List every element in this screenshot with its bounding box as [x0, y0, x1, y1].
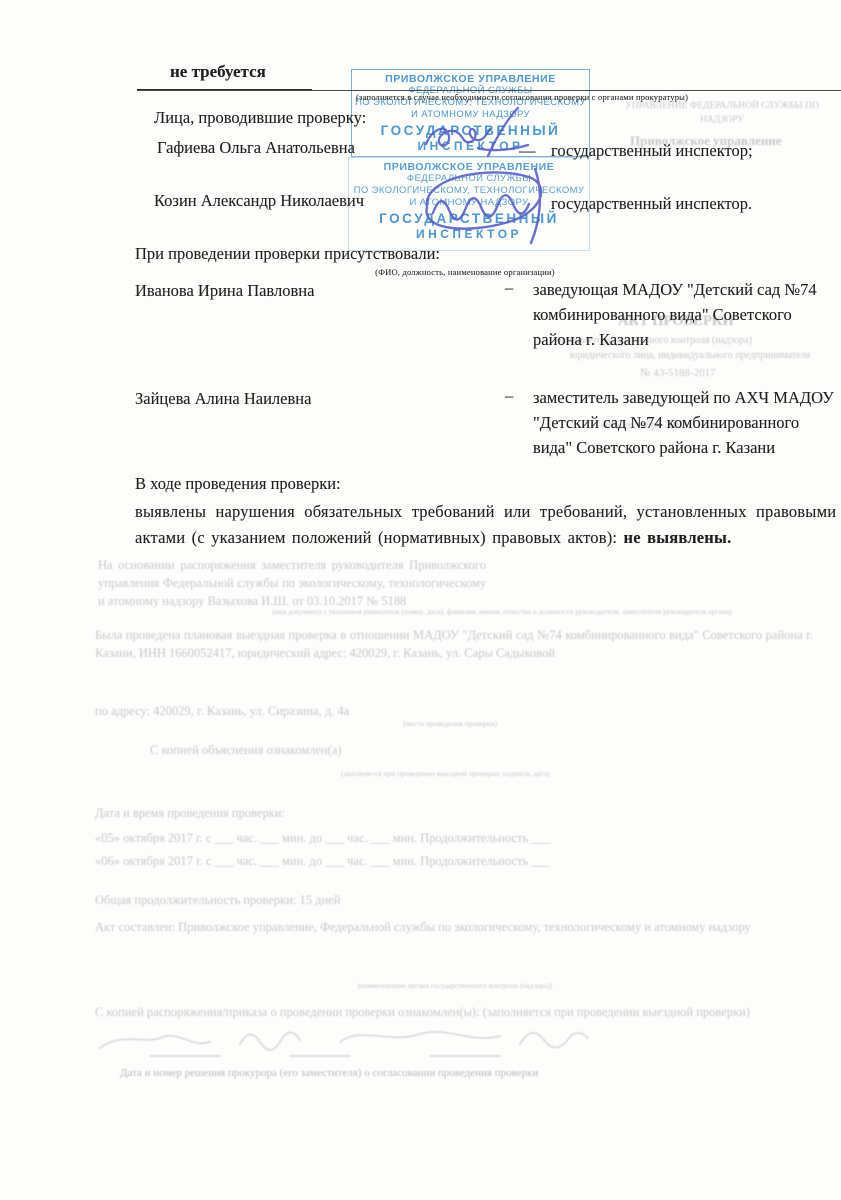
- inspector-role: государственный инспектор.: [551, 194, 752, 214]
- course-heading: В ходе проведения проверки:: [135, 474, 341, 494]
- bleedthrough-line: «05» октября 2017 г. с ___ час. ___ мин.…: [95, 829, 810, 847]
- dash: —: [519, 141, 536, 161]
- attendee-role: заместитель заведующей по АХЧ МАДОУ "Дет…: [533, 385, 841, 460]
- bleedthrough-line: УПРАВЛЕНИЕ ФЕДЕРАЛЬНОЙ СЛУЖБЫ ПО НАДЗОРУ: [612, 100, 832, 128]
- bleedthrough-line: (наименование органа государственного ко…: [230, 981, 680, 992]
- stamp2-line: ИНСПЕКТОР: [349, 227, 589, 242]
- dash: –: [505, 386, 513, 406]
- bleedthrough-line: Была проведена плановая выездная проверк…: [95, 626, 813, 662]
- findings-line2-normal: актами (с указанием положений (нормативн…: [135, 528, 624, 547]
- scanned-document-page: УПРАВЛЕНИЕ ФЕДЕРАЛЬНОЙ СЛУЖБЫ ПО НАДЗОРУ…: [0, 0, 841, 1200]
- stamp2-line: ФЕДЕРАЛЬНОЙ СЛУЖБЫ: [349, 173, 589, 185]
- attendee-name: Зайцева Алина Наилевна: [135, 386, 311, 411]
- bleedthrough-line: Дата и номер решения прокурора (его заме…: [120, 1066, 820, 1082]
- bleedthrough-signatures: [90, 1014, 610, 1062]
- horizontal-rule: [137, 90, 841, 91]
- bleedthrough-line: Акт составлен: Приволжское управление, Ф…: [95, 918, 810, 936]
- attendee-role-line: заведующая МАДОУ "Детский сад №74: [533, 277, 841, 302]
- attendee-role-line: района г. Казани: [533, 327, 841, 352]
- attendee-name: Иванова Ирина Павловна: [135, 278, 314, 303]
- bleedthrough-line: С копией объяснения ознакомлен(а): [150, 741, 460, 759]
- bleedthrough-line: На основании распоряжения заместителя ру…: [98, 556, 486, 610]
- stamp1-line: И АТОМНОМУ НАДЗОРУ: [352, 109, 589, 121]
- bleedthrough-line: Общая продолжительность проверки: 15 дне…: [95, 891, 475, 909]
- inspector-name: Козин Александр Николаевич: [154, 191, 364, 211]
- inspector-role: государственный инспектор;: [551, 141, 753, 161]
- attendee-role-line: "Детский сад №74 комбинированного: [533, 410, 841, 435]
- not-required-text: не требуется: [170, 62, 266, 82]
- bleedthrough-line: по адресу: 420029, г. Казань, ул. Сирази…: [95, 702, 525, 720]
- attendee-role: заведующая МАДОУ "Детский сад №74 комбин…: [533, 277, 841, 352]
- bleedthrough-line: Дата и время проведения проверки:: [95, 804, 375, 822]
- findings-line1: выявлены нарушения обязательных требован…: [135, 502, 836, 522]
- attendee-role-line: комбинированного вида" Советского: [533, 302, 841, 327]
- bleedthrough-line: «06» октября 2017 г. с ___ час. ___ мин.…: [95, 852, 810, 870]
- bleedthrough-line: (заполняется при проведении выездной про…: [95, 769, 795, 780]
- prosecutor-note: (заполняется в случае необходимости согл…: [356, 92, 688, 102]
- bleedthrough-line: (вид документа с указанием реквизитов (н…: [228, 607, 776, 618]
- attendees-heading: При проведении проверки присутствовали:: [135, 244, 440, 264]
- attendees-note: (ФИО, должность, наименование организаци…: [300, 267, 630, 277]
- bleedthrough-line: № 43-5188-2017: [640, 366, 790, 382]
- findings-line2: актами (с указанием положений (нормативн…: [135, 528, 731, 548]
- inspector-name: Гафиева Ольга Анатольевна: [157, 138, 355, 158]
- dash: –: [505, 278, 513, 298]
- findings-result: не выявлены.: [624, 528, 732, 547]
- stamp1-line: ГОСУДАРСТВЕННЫЙ: [352, 123, 589, 139]
- attendee-role-line: вида" Советского района г. Казани: [533, 435, 841, 460]
- bleedthrough-line: (место проведения проверки): [300, 719, 600, 730]
- inspectors-heading: Лица, проводившие проверку:: [154, 108, 366, 128]
- attendee-role-line: заместитель заведующей по АХЧ МАДОУ: [533, 385, 841, 410]
- stamp2-line: ПРИВОЛЖСКОЕ УПРАВЛЕНИЕ: [349, 161, 589, 173]
- stamp1-line: ПРИВОЛЖСКОЕ УПРАВЛЕНИЕ: [352, 73, 589, 85]
